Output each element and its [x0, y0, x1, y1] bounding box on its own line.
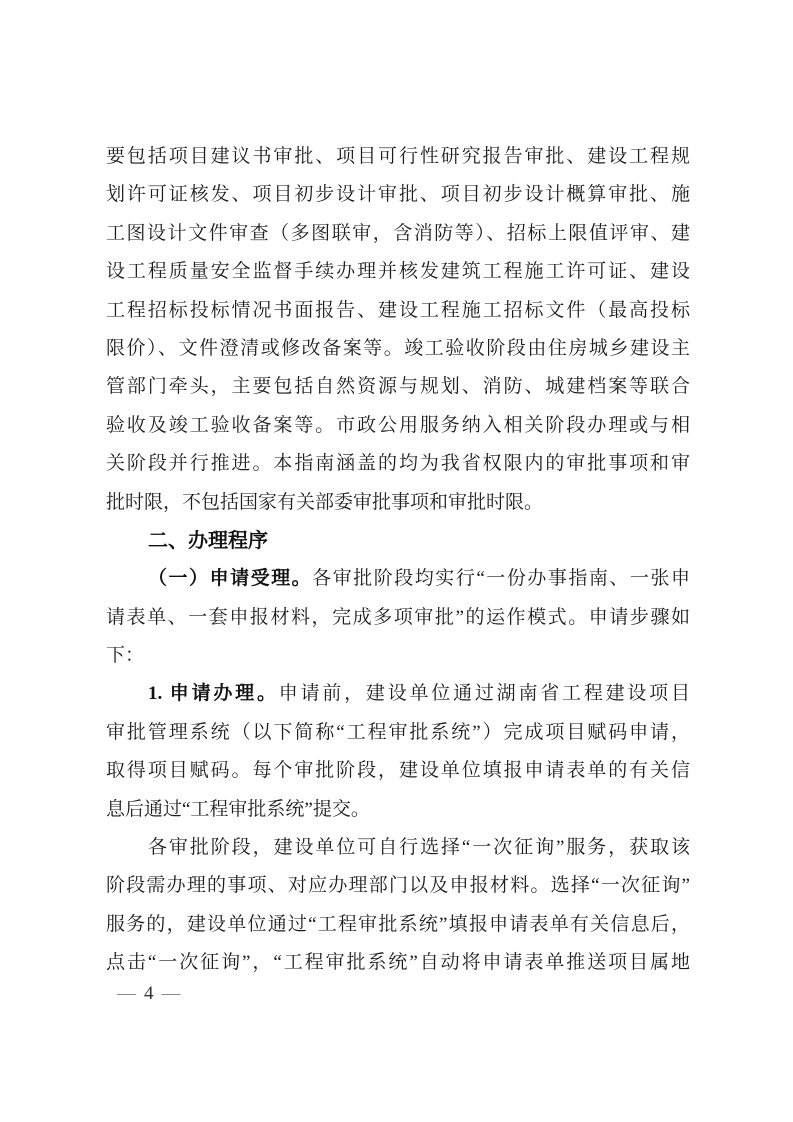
text-line: 验收及竣工验收备案等。市政公用服务纳入相关阶段办理或与相 — [106, 407, 690, 445]
heading-section-2: 二、办理程序 — [106, 522, 690, 560]
text-line: 取得项目赋码。每个审批阶段，建设单位填报申请表单的有关信 — [106, 752, 690, 790]
paragraph-application-acceptance: （一）申请受理。各审批阶段均实行“一份办事指南、一张申请表单、一套申报材料，完成… — [106, 560, 690, 675]
text-line: 关阶段并行推进。本指南涵盖的均为我省权限内的审批事项和审 — [106, 445, 690, 483]
text-line: 设工程质量安全监督手续办理并核发建筑工程施工许可证、建设 — [106, 253, 690, 291]
text-line: 息后通过“工程审批系统”提交。 — [106, 791, 690, 829]
bold-lead: 1. 申请办理。 — [148, 683, 279, 704]
text-line: 二、办理程序 — [106, 522, 690, 560]
page-footer: —4— — [117, 975, 182, 1013]
text-line: 划许可证核发、项目初步设计审批、项目初步设计概算审批、施 — [106, 176, 690, 214]
document-page: 要包括项目建议书审批、项目可行性研究报告审批、建设工程规划许可证核发、项目初步设… — [0, 0, 793, 1122]
document-content: 要包括项目建议书审批、项目可行性研究报告审批、建设工程规划许可证核发、项目初步设… — [106, 138, 690, 983]
page-number: 4 — [137, 983, 162, 1004]
text-line: 各审批阶段，建设单位可自行选择“一次征询”服务，获取该 — [106, 829, 690, 867]
text-line: 阶段需办理的事项、对应办理部门以及申报材料。选择“一次征询” — [106, 867, 690, 905]
footer-dash-right: — — [162, 983, 182, 1004]
text-line: 下： — [106, 637, 690, 675]
paragraph-stage-overview: 要包括项目建议书审批、项目可行性研究报告审批、建设工程规划许可证核发、项目初步设… — [106, 138, 690, 522]
text-line: 服务的，建设单位通过“工程审批系统”填报申请表单有关信息后， — [106, 906, 690, 944]
text-line: 工图设计文件审查（多图联审，含消防等）、招标上限值评审、建 — [106, 215, 690, 253]
text-line: 工程招标投标情况书面报告、建设工程施工招标文件（最高投标 — [106, 292, 690, 330]
footer-dash-left: — — [117, 983, 137, 1004]
text-line: 限价）、文件澄清或修改备案等。竣工验收阶段由住房城乡建设主 — [106, 330, 690, 368]
text-line: 点击“一次征询”，“工程审批系统”自动将申请表单推送项目属地 — [106, 944, 690, 982]
paragraph-application-handling: 1. 申请办理。申请前，建设单位通过湖南省工程建设项目审批管理系统（以下简称“工… — [106, 675, 690, 829]
text-line: 审批管理系统（以下简称“工程审批系统”）完成项目赋码申请， — [106, 714, 690, 752]
text-line: （一）申请受理。各审批阶段均实行“一份办事指南、一张申 — [106, 560, 690, 598]
text-line: 要包括项目建议书审批、项目可行性研究报告审批、建设工程规 — [106, 138, 690, 176]
text-line: 请表单、一套申报材料，完成多项审批”的运作模式。申请步骤如 — [106, 599, 690, 637]
text-line: 批时限，不包括国家有关部委审批事项和审批时限。 — [106, 484, 690, 522]
paragraph-one-time-inquiry: 各审批阶段，建设单位可自行选择“一次征询”服务，获取该阶段需办理的事项、对应办理… — [106, 829, 690, 983]
text-line: 1. 申请办理。申请前，建设单位通过湖南省工程建设项目 — [106, 675, 690, 713]
bold-lead: （一）申请受理。 — [148, 568, 312, 589]
text-line: 管部门牵头，主要包括自然资源与规划、消防、城建档案等联合 — [106, 368, 690, 406]
